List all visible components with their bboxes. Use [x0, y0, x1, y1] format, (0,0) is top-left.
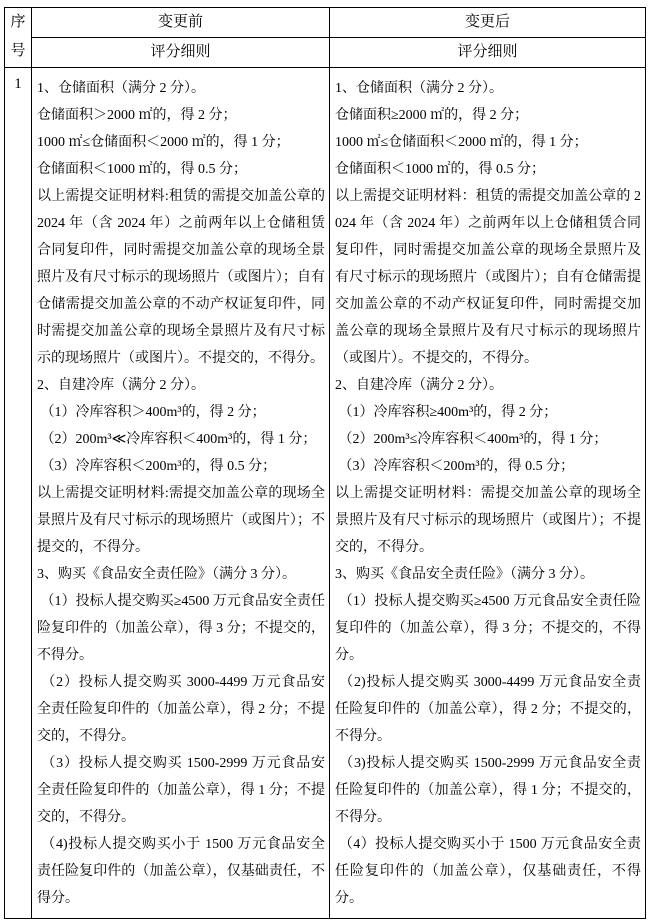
criteria-paragraph: （3）投标人提交购买 1500-2999 万元食品安全责任险复印件的（加盖公章）…: [37, 750, 325, 831]
criteria-paragraph: （3）冷库容积＜200m³的，得 0.5 分；: [335, 453, 641, 480]
criteria-paragraph: （2）200m³≤冷库容积＜400m³的，得 1 分；: [335, 426, 641, 453]
serial-header-cell: 序号: [5, 8, 32, 68]
criteria-paragraph: （3）冷库容积＜200m³的，得 0.5 分；: [37, 453, 325, 480]
criteria-paragraph: 以上需提交证明材料：租赁的需提交加盖公章的 2024 年（含 2024 年）之前…: [335, 183, 641, 372]
criteria-paragraph: （1）投标人提交购买≥4500 万元食品安全责任险复印件的（加盖公章），得 3 …: [335, 588, 641, 669]
criteria-paragraph: 仓储面积＜1000 ㎡的，得 0.5 分；: [335, 156, 641, 183]
criteria-paragraph: （4)投标人提交购买小于 1500 万元食品安全责任险复印件的（加盖公章），仅基…: [37, 831, 325, 912]
header-row-2: 评分细则 评分细则: [5, 38, 646, 68]
criteria-paragraph: （4）投标人提交购买小于 1500 万元食品安全责任险复印件的（加盖公章），仅基…: [335, 831, 641, 912]
criteria-paragraph: 2、自建冷库（满分 2 分）。: [37, 372, 325, 399]
row-serial-number: 1: [14, 76, 22, 92]
criteria-paragraph: 3、购买《食品安全责任险》（满分 3 分）。: [335, 561, 641, 588]
before-content-cell: 1、仓储面积（满分 2 分）。仓储面积＞2000 ㎡的，得 2 分；1000 ㎡…: [32, 68, 330, 919]
criteria-paragraph: 以上需提交证明材料:租赁的需提交加盖公章的 2024 年（含 2024 年）之前…: [37, 183, 325, 372]
after-header-cell: 变更后: [330, 8, 646, 38]
criteria-paragraph: （3)投标人提交购买 1500-2999 万元食品安全责任险复印件的（加盖公章）…: [335, 750, 641, 831]
criteria-paragraph: 1、仓储面积（满分 2 分）。: [37, 75, 325, 102]
content-row: 1 1、仓储面积（满分 2 分）。仓储面积＞2000 ㎡的，得 2 分；1000…: [5, 68, 646, 919]
criteria-paragraph: （1）冷库容积≥400m³的，得 2 分；: [335, 399, 641, 426]
criteria-paragraph: 2、自建冷库（满分 2 分）。: [335, 372, 641, 399]
criteria-paragraph: 仓储面积＞2000 ㎡的，得 2 分；: [37, 102, 325, 129]
before-subheader-cell: 评分细则: [32, 38, 330, 68]
criteria-paragraph: 以上需提交证明材料：需提交加盖公章的现场全景照片及有尺寸标示的现场照片（或图片）…: [335, 480, 641, 561]
comparison-table: 序号 变更前 变更后 评分细则 评分细则 1 1、仓储面积（满分 2 分）。仓储…: [4, 7, 646, 919]
criteria-paragraph: 1000 ㎡≤仓储面积＜2000 ㎡的，得 1 分；: [335, 129, 641, 156]
after-content-cell: 1、仓储面积（满分 2 分）。仓储面积≥2000 ㎡的，得 2 分；1000 ㎡…: [330, 68, 646, 919]
criteria-paragraph: 仓储面积＜1000 ㎡的，得 0.5 分；: [37, 156, 325, 183]
after-subheader-cell: 评分细则: [330, 38, 646, 68]
criteria-paragraph: 1、仓储面积（满分 2 分）。: [335, 75, 641, 102]
criteria-paragraph: （1）冷库容积＞400m³的，得 2 分；: [37, 399, 325, 426]
document-page: 序号 变更前 变更后 评分细则 评分细则 1 1、仓储面积（满分 2 分）。仓储…: [0, 0, 649, 921]
criteria-paragraph: 1000 ㎡≤仓储面积＜2000 ㎡的，得 1 分；: [37, 129, 325, 156]
criteria-paragraph: （2）投标人提交购买 3000-4499 万元食品安全责任险复印件的（加盖公章）…: [37, 669, 325, 750]
criteria-paragraph: （1）投标人提交购买≥4500 万元食品安全责任险复印件的（加盖公章），得 3 …: [37, 588, 325, 669]
header-row-1: 序号 变更前 变更后: [5, 8, 646, 38]
criteria-paragraph: （2）200m³≪冷库容积＜400m³的，得 1 分；: [37, 426, 325, 453]
before-header-cell: 变更前: [32, 8, 330, 38]
criteria-paragraph: 3、购买《食品安全责任险》（满分 3 分）。: [37, 561, 325, 588]
criteria-paragraph: （2)投标人提交购买 3000-4499 万元食品安全责任险复印件的（加盖公章）…: [335, 669, 641, 750]
criteria-paragraph: 以上需提交证明材料:需提交加盖公章的现场全景照片及有尺寸标示的现场照片（或图片）…: [37, 480, 325, 561]
row-serial-cell: 1: [5, 68, 32, 919]
criteria-paragraph: 仓储面积≥2000 ㎡的，得 2 分；: [335, 102, 641, 129]
